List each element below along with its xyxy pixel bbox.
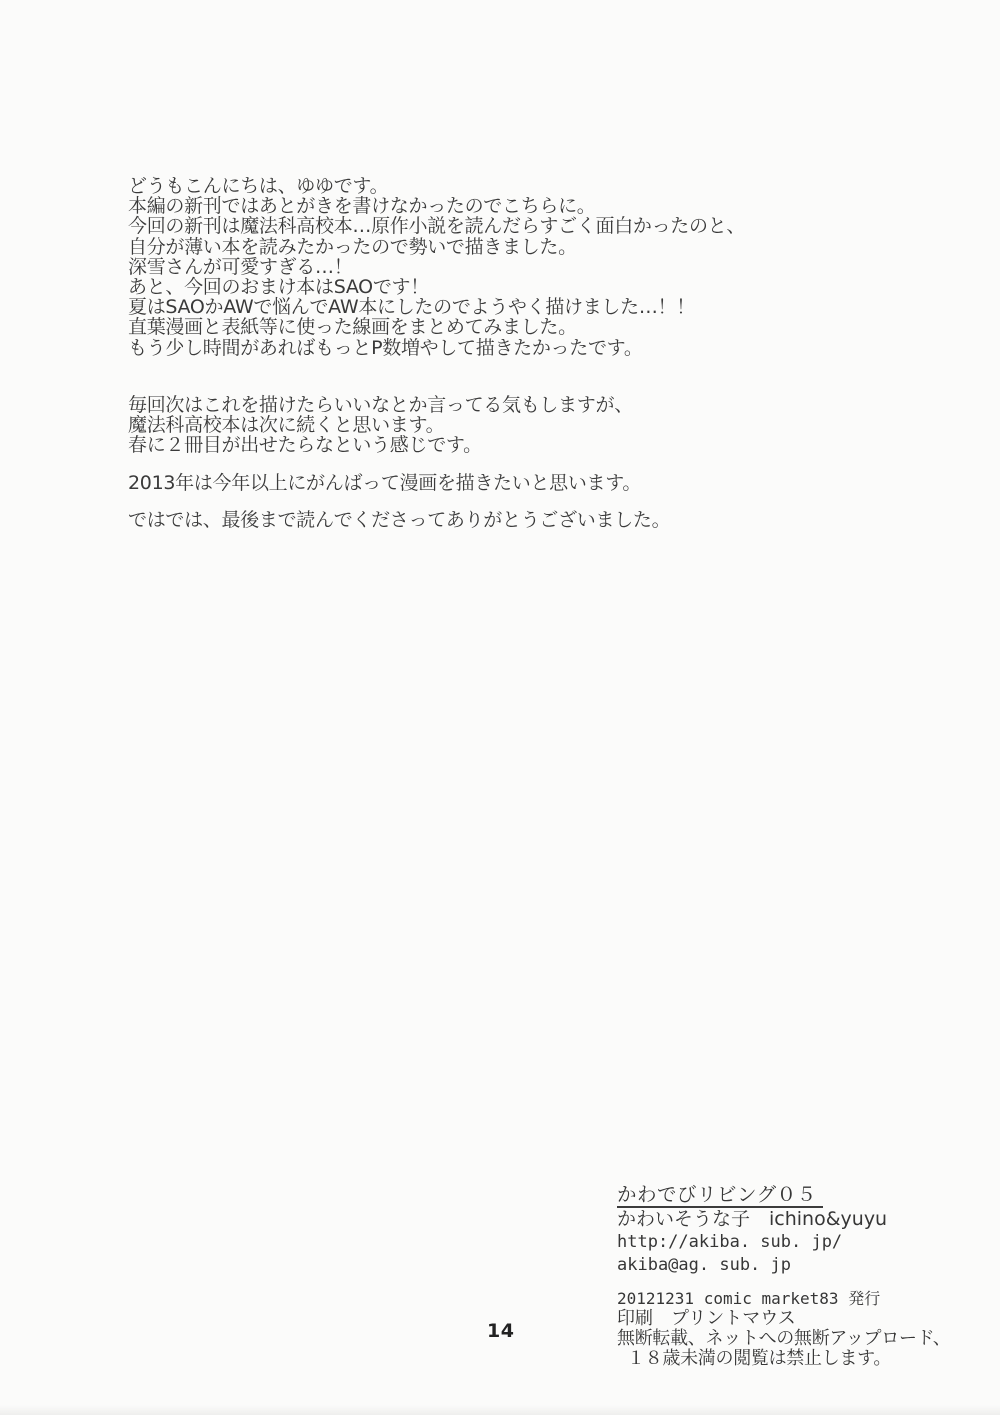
afterword-line: 春に２冊目が出せたらなという感じです。 xyxy=(128,435,848,455)
afterword-line: ではでは、最後まで読んでくださってありがとうございました。 xyxy=(128,510,848,530)
email-address: akiba@ag. sub. jp xyxy=(617,1254,950,1277)
afterword-line: 今回の新刊は魔法科高校本…原作小説を読んだらすごく面白かったのと、 xyxy=(128,216,848,236)
afterword-paragraph-1: どうもこんにちは、ゆゆです。 本編の新刊ではあとがきを書けなかったのでこちらに。… xyxy=(128,176,848,358)
publication-date: 20121231 comic market83 発行 xyxy=(617,1289,950,1309)
afterword-line: 魔法科高校本は次に続くと思います。 xyxy=(128,415,848,435)
afterword-line: どうもこんにちは、ゆゆです。 xyxy=(128,176,848,196)
afterword-paragraph-3: 2013年は今年以上にがんばって漫画を描きたいと思います。 xyxy=(128,473,848,493)
afterword-line: もう少し時間があればもっとP数増やして描きたかったです。 xyxy=(128,338,848,358)
warning-line-2: １８歳未満の閲覧は禁止します。 xyxy=(617,1349,950,1369)
page-number: 14 xyxy=(487,1320,514,1342)
afterword-line: 直葉漫画と表紙等に使った線画をまとめてみました。 xyxy=(128,317,848,337)
website-url: http://akiba. sub. jp/ xyxy=(617,1231,950,1254)
afterword-text: どうもこんにちは、ゆゆです。 本編の新刊ではあとがきを書けなかったのでこちらに。… xyxy=(128,176,848,530)
afterword-line: 深雪さんが可愛すぎる…！ xyxy=(128,257,848,277)
afterword-line: 夏はSAOかAWで悩んでAW本にしたのでようやく描けました…！！ xyxy=(128,297,848,317)
circle-name: かわいそうな子 ichino&yuyu xyxy=(617,1208,950,1231)
warning-line-1: 無断転載、ネットへの無断アップロード、 xyxy=(617,1329,950,1349)
printer-info: 印刷 プリントマウス xyxy=(617,1309,950,1329)
afterword-paragraph-2: 毎回次はこれを描けたらいいなとか言ってる気もしますが、 魔法科高校本は次に続くと… xyxy=(128,395,848,456)
afterword-line: あと、今回のおまけ本はSAOです！ xyxy=(128,277,848,297)
doujin-title: かわでびリビング０５ xyxy=(617,1184,823,1208)
afterword-paragraph-4: ではでは、最後まで読んでくださってありがとうございました。 xyxy=(128,510,848,530)
afterword-line: 2013年は今年以上にがんばって漫画を描きたいと思います。 xyxy=(128,473,848,493)
colophon: かわでびリビング０５ かわいそうな子 ichino&yuyu http://ak… xyxy=(617,1184,950,1368)
afterword-line: 本編の新刊ではあとがきを書けなかったのでこちらに。 xyxy=(128,196,848,216)
afterword-line: 自分が薄い本を読みたかったので勢いで描きました。 xyxy=(128,237,848,257)
afterword-line: 毎回次はこれを描けたらいいなとか言ってる気もしますが、 xyxy=(128,395,848,415)
scanned-doujin-page: どうもこんにちは、ゆゆです。 本編の新刊ではあとがきを書けなかったのでこちらに。… xyxy=(0,0,1000,1415)
